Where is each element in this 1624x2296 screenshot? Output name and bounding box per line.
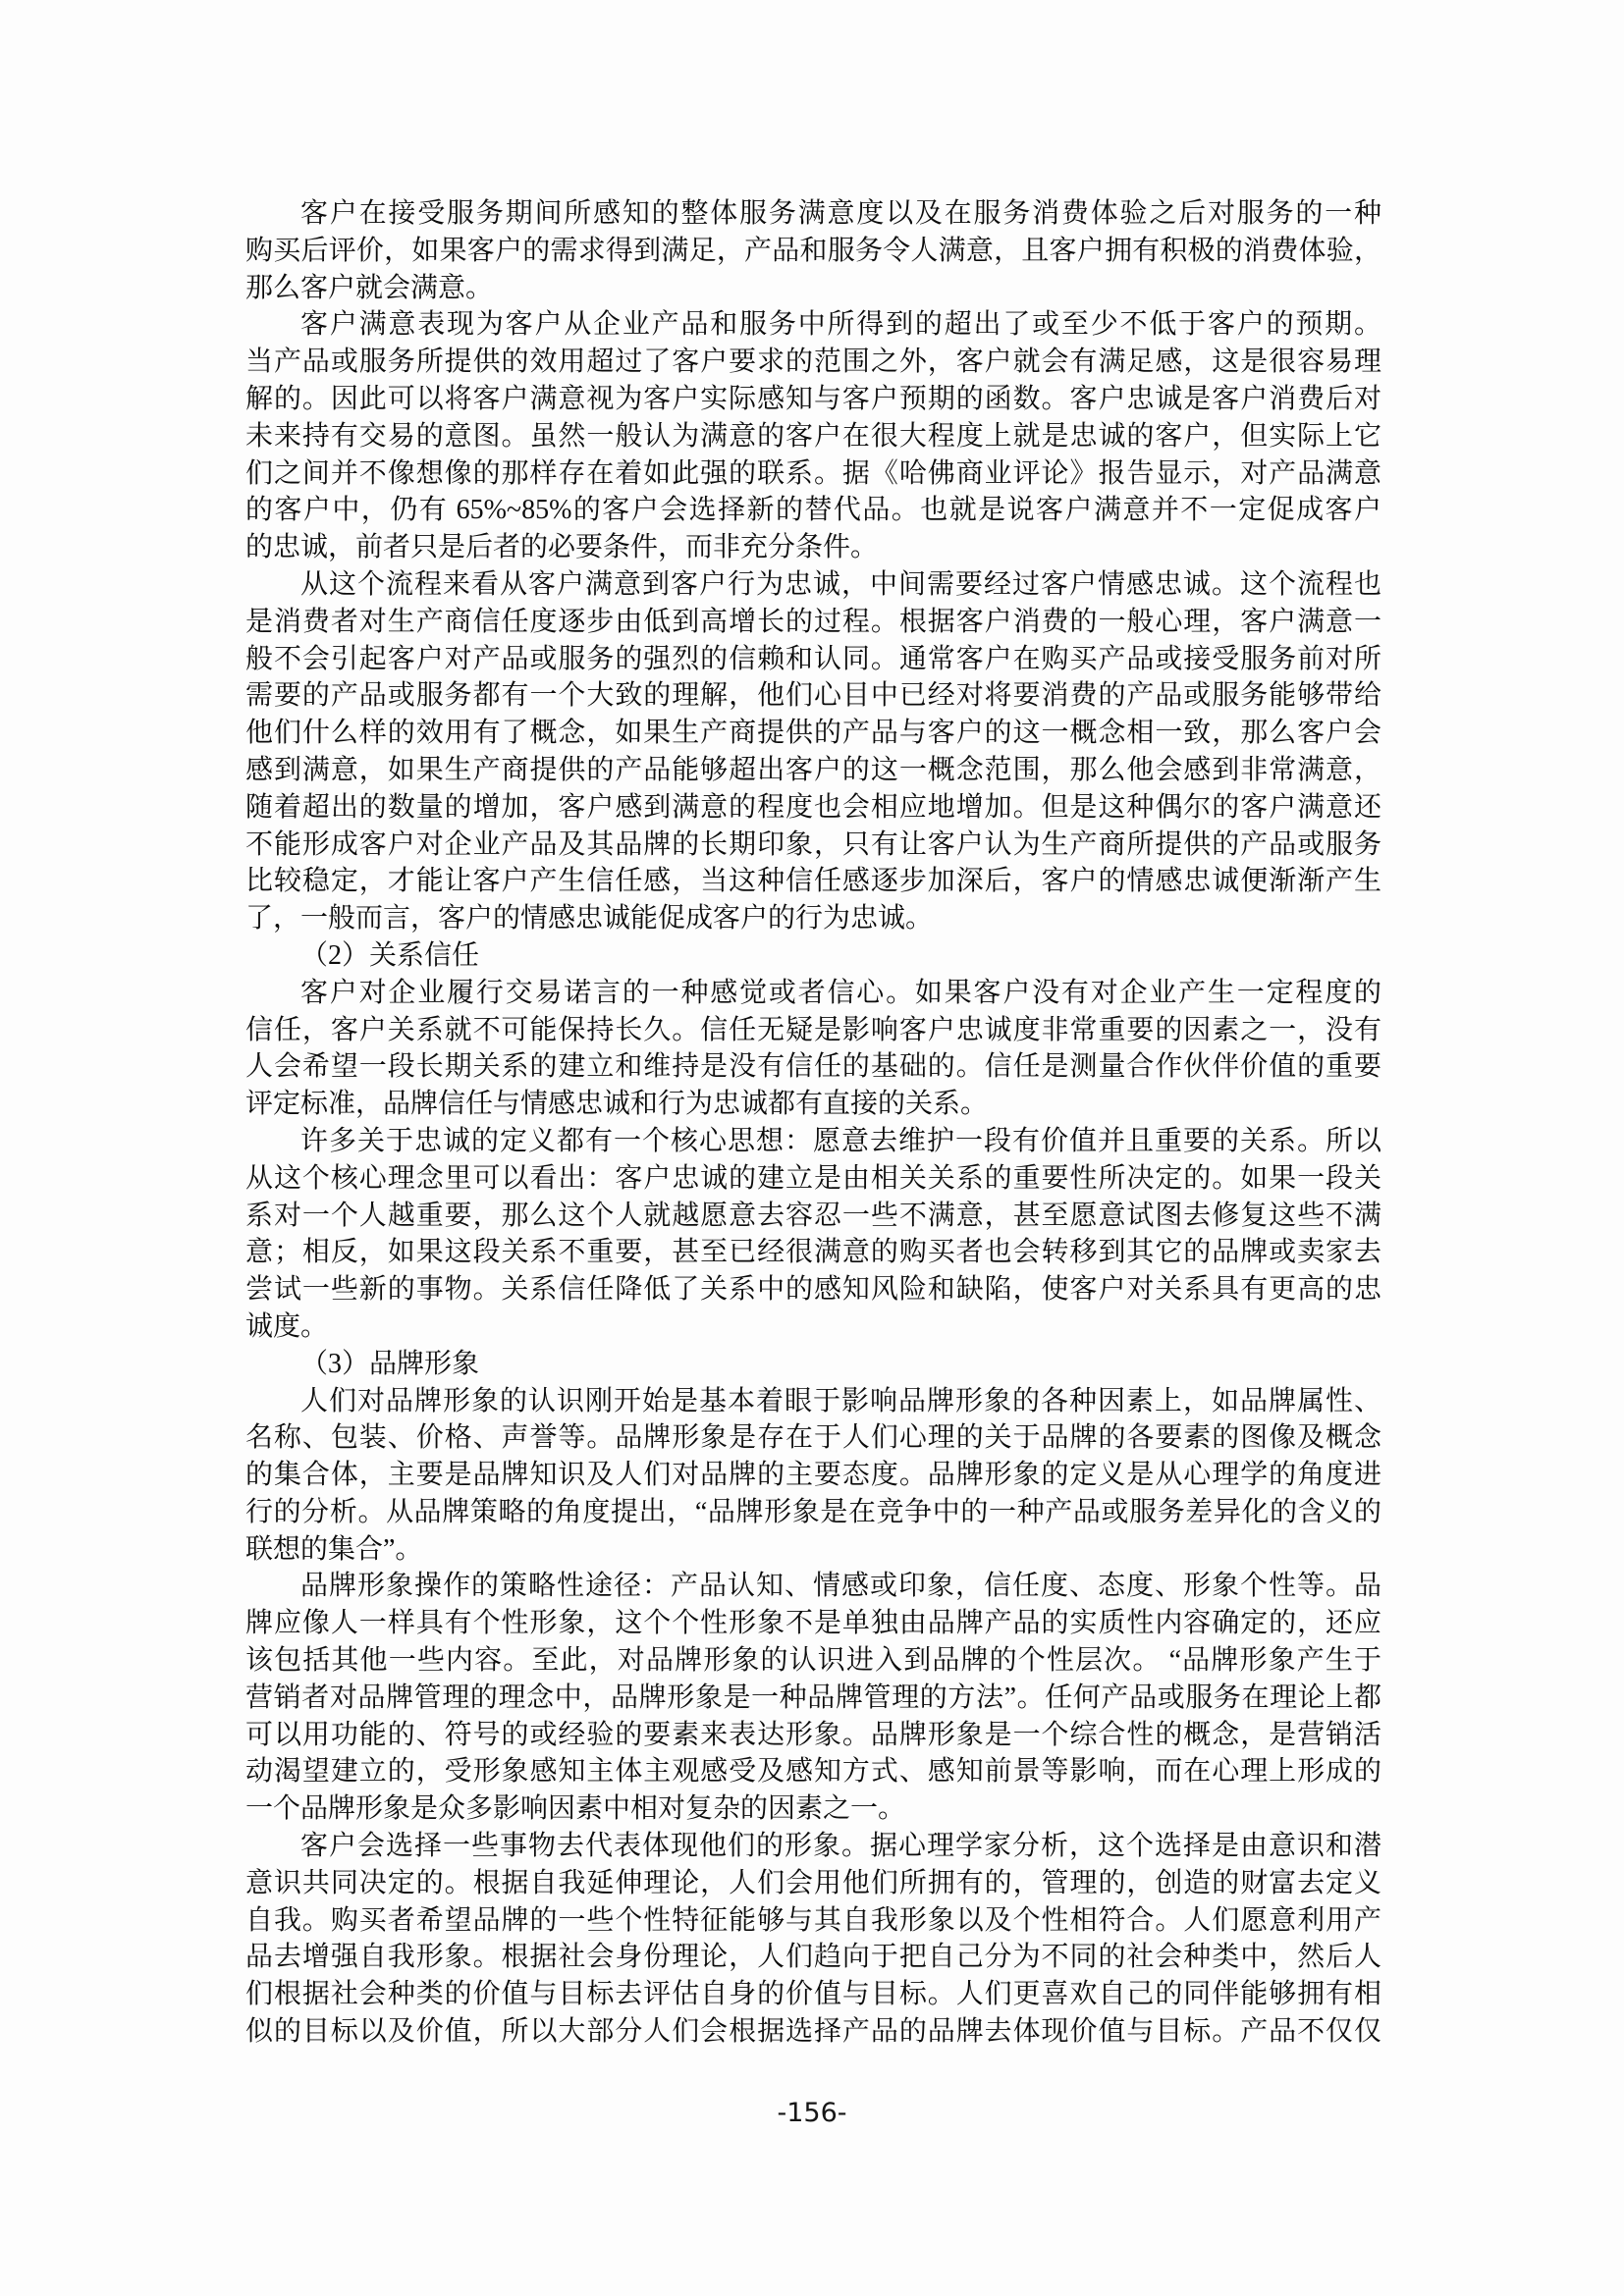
text-line: 名称、包装、价格、声誉等。品牌形象是存在于人们心理的关于品牌的各要素的图像及概念 — [245, 1419, 1381, 1457]
text-line: 解的。因此可以将客户满意视为客户实际感知与客户预期的函数。客户忠诚是客户消费后对 — [245, 381, 1381, 418]
text-line: 需要的产品或服务都有一个大致的理解，他们心目中已经对将要消费的产品或服务能够带给 — [245, 677, 1381, 715]
text-line: 感到满意，如果生产商提供的产品能够超出客户的这一概念范围，那么他会感到非常满意， — [245, 752, 1381, 789]
text-line: 那么客户就会满意。 — [245, 270, 1381, 307]
text-line: 了，一般而言，客户的情感忠诚能促成客户的行为忠诚。 — [245, 900, 1381, 937]
text-line: 比较稳定，才能让客户产生信任感，当这种信任感逐步加深后，客户的情感忠诚便渐渐产生 — [245, 863, 1381, 900]
text-line: 不能形成客户对企业产品及其品牌的长期印象，只有让客户认为生产商所提供的产品或服务 — [245, 827, 1381, 864]
text-line: 该包括其他一些内容。至此，对品牌形象的认识进入到品牌的个性层次。 “品牌形象产生… — [245, 1642, 1381, 1680]
body-text: 客户在接受服务期间所感知的整体服务满意度以及在服务消费体验之后对服务的一种购买后… — [245, 195, 1381, 2051]
text-line: 意；相反，如果这段关系不重要，甚至已经很满意的购买者也会转移到其它的品牌或卖家去 — [245, 1234, 1381, 1271]
text-line: 评定标准，品牌信任与情感忠诚和行为忠诚都有直接的关系。 — [245, 1086, 1381, 1123]
text-line: 从这个核心理念里可以看出：客户忠诚的建立是由相关关系的重要性所决定的。如果一段关 — [245, 1160, 1381, 1198]
text-line: 似的目标以及价值，所以大部分人们会根据选择产品的品牌去体现价值与目标。产品不仅仅 — [245, 2013, 1381, 2051]
paragraph: 客户在接受服务期间所感知的整体服务满意度以及在服务消费体验之后对服务的一种购买后… — [245, 195, 1381, 306]
text-line: 般不会引起客户对产品或服务的强烈的信赖和认同。通常客户在购买产品或接受服务前对所 — [245, 641, 1381, 678]
text-line: 品去增强自我形象。根据社会身份理论，人们趋向于把自己分为不同的社会种类中，然后人 — [245, 1939, 1381, 1976]
text-line: 客户会选择一些事物去代表体现他们的形象。据心理学家分析，这个选择是由意识和潜 — [245, 1828, 1381, 1865]
text-line: 客户满意表现为客户从企业产品和服务中所得到的超出了或至少不低于客户的预期。 — [245, 306, 1381, 344]
paragraph: （2）关系信任 — [245, 937, 1381, 975]
text-line: 一个品牌形象是众多影响因素中相对复杂的因素之一。 — [245, 1790, 1381, 1828]
text-line: 系对一个人越重要，那么这个人就越愿意去容忍一些不满意，甚至愿意试图去修复这些不满 — [245, 1198, 1381, 1235]
text-line: 当产品或服务所提供的效用超过了客户要求的范围之外，客户就会有满足感，这是很容易理 — [245, 344, 1381, 381]
paragraph: 许多关于忠诚的定义都有一个核心思想：愿意去维护一段有价值并且重要的关系。所以从这… — [245, 1123, 1381, 1346]
paragraph: 客户会选择一些事物去代表体现他们的形象。据心理学家分析，这个选择是由意识和潜意识… — [245, 1828, 1381, 2051]
text-line: 可以用功能的、符号的或经验的要素来表达形象。品牌形象是一个综合性的概念，是营销活 — [245, 1717, 1381, 1754]
text-line: 人会希望一段长期关系的建立和维持是没有信任的基础的。信任是测量合作伙伴价值的重要 — [245, 1048, 1381, 1086]
text-line: （3）品牌形象 — [245, 1346, 1381, 1383]
text-line: 客户在接受服务期间所感知的整体服务满意度以及在服务消费体验之后对服务的一种 — [245, 195, 1381, 233]
paragraph: 客户对企业履行交易诺言的一种感觉或者信心。如果客户没有对企业产生一定程度的信任，… — [245, 975, 1381, 1123]
text-line: 的客户中，仍有 65%~85%的客户会选择新的替代品。也就是说客户满意并不一定促… — [245, 492, 1381, 529]
paragraph: 客户满意表现为客户从企业产品和服务中所得到的超出了或至少不低于客户的预期。当产品… — [245, 306, 1381, 566]
document-page: 客户在接受服务期间所感知的整体服务满意度以及在服务消费体验之后对服务的一种购买后… — [0, 0, 1624, 2296]
text-line: 尝试一些新的事物。关系信任降低了关系中的感知风险和缺陷，使客户对关系具有更高的忠 — [245, 1271, 1381, 1308]
text-line: 意识共同决定的。根据自我延伸理论，人们会用他们所拥有的，管理的，创造的财富去定义 — [245, 1865, 1381, 1902]
paragraph: 品牌形象操作的策略性途径：产品认知、情感或印象，信任度、态度、形象个性等。品牌应… — [245, 1568, 1381, 1828]
text-line: 是消费者对生产商信任度逐步由低到高增长的过程。根据客户消费的一般心理，客户满意一 — [245, 604, 1381, 641]
text-line: 他们什么样的效用有了概念，如果生产商提供的产品与客户的这一概念相一致，那么客户会 — [245, 715, 1381, 752]
text-line: 未来持有交易的意图。虽然一般认为满意的客户在很大程度上就是忠诚的客户，但实际上它 — [245, 418, 1381, 455]
text-line: 许多关于忠诚的定义都有一个核心思想：愿意去维护一段有价值并且重要的关系。所以 — [245, 1123, 1381, 1160]
paragraph: 人们对品牌形象的认识刚开始是基本着眼于影响品牌形象的各种因素上，如品牌属性、名称… — [245, 1383, 1381, 1569]
text-line: （2）关系信任 — [245, 937, 1381, 975]
text-line: 的集合体，主要是品牌知识及人们对品牌的主要态度。品牌形象的定义是从心理学的角度进 — [245, 1457, 1381, 1494]
page-number: -156- — [0, 2098, 1624, 2128]
text-line: 牌应像人一样具有个性形象，这个个性形象不是单独由品牌产品的实质性内容确定的，还应 — [245, 1605, 1381, 1642]
text-line: 品牌形象操作的策略性途径：产品认知、情感或印象，信任度、态度、形象个性等。品 — [245, 1568, 1381, 1605]
text-line: 客户对企业履行交易诺言的一种感觉或者信心。如果客户没有对企业产生一定程度的 — [245, 975, 1381, 1012]
text-line: 们之间并不像想像的那样存在着如此强的联系。据《哈佛商业评论》报告显示，对产品满意 — [245, 455, 1381, 493]
text-line: 动渴望建立的，受形象感知主体主观感受及感知方式、感知前景等影响，而在心理上形成的 — [245, 1753, 1381, 1790]
text-line: 的忠诚，前者只是后者的必要条件，而非充分条件。 — [245, 529, 1381, 566]
text-line: 行的分析。从品牌策略的角度提出，“品牌形象是在竞争中的一种产品或服务差异化的含义… — [245, 1494, 1381, 1531]
text-line: 购买后评价，如果客户的需求得到满足，产品和服务令人满意，且客户拥有积极的消费体验… — [245, 233, 1381, 270]
text-line: 营销者对品牌管理的理念中，品牌形象是一种品牌管理的方法”。任何产品或服务在理论上… — [245, 1680, 1381, 1717]
paragraph: （3）品牌形象 — [245, 1346, 1381, 1383]
text-line: 从这个流程来看从客户满意到客户行为忠诚，中间需要经过客户情感忠诚。这个流程也 — [245, 566, 1381, 604]
text-line: 随着超出的数量的增加，客户感到满意的程度也会相应地增加。但是这种偶尔的客户满意还 — [245, 789, 1381, 827]
text-line: 信任，客户关系就不可能保持长久。信任无疑是影响客户忠诚度非常重要的因素之一，没有 — [245, 1012, 1381, 1049]
text-line: 人们对品牌形象的认识刚开始是基本着眼于影响品牌形象的各种因素上，如品牌属性、 — [245, 1383, 1381, 1420]
text-line: 联想的集合”。 — [245, 1531, 1381, 1569]
text-line: 自我。购买者希望品牌的一些个性特征能够与其自我形象以及个性相符合。人们愿意利用产 — [245, 1902, 1381, 1940]
text-line: 诚度。 — [245, 1308, 1381, 1346]
text-line: 们根据社会种类的价值与目标去评估自身的价值与目标。人们更喜欢自己的同伴能够拥有相 — [245, 1976, 1381, 2013]
paragraph: 从这个流程来看从客户满意到客户行为忠诚，中间需要经过客户情感忠诚。这个流程也是消… — [245, 566, 1381, 937]
